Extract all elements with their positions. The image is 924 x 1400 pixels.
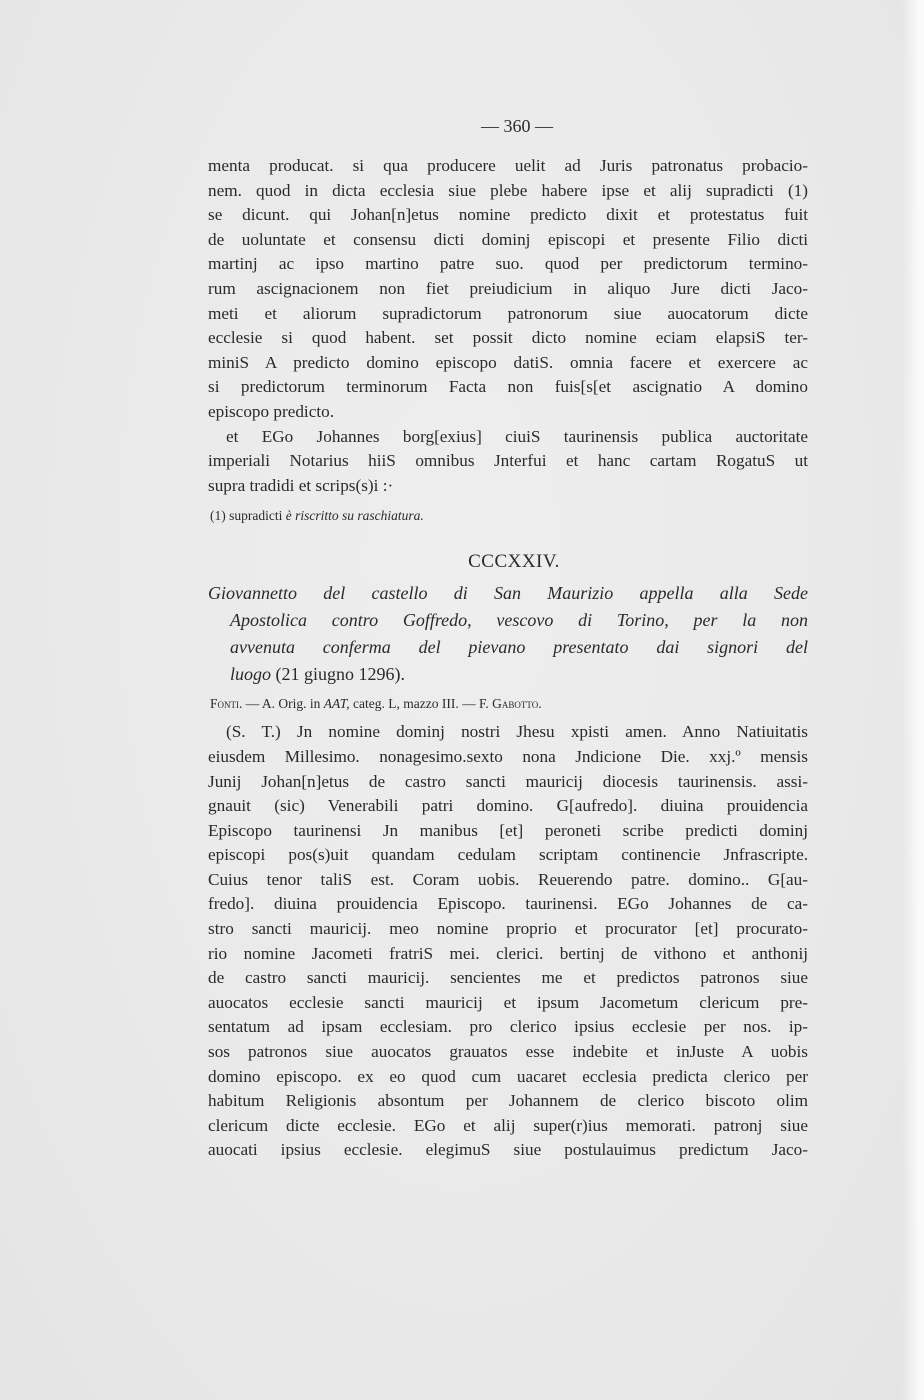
footnote-word: supradicti [229,508,282,523]
sources-dash: — [246,696,260,711]
text-line: de castro sancti mauricij. sencientes me… [208,966,808,991]
footnote: (1) supradicti è riscritto su raschiatur… [208,506,808,526]
text-line: episcopi pos(s)uit quandam cedulam scrip… [208,843,808,868]
text-line: imperiali Notarius hiiS omnibus Jnterfui… [208,449,808,474]
sources-dash: — [462,696,476,711]
continuation-paragraph: menta producat. si qua producere uelit a… [208,154,808,425]
text-line: episcopo predicto. [208,400,808,425]
text-line: supra tradidi et scrips(s)i :· [208,474,808,499]
text-line: auocatos ecclesie sancti mauricij et ips… [208,991,808,1016]
sources-line: Fonti. — A. Orig. in AAT, categ. L, mazz… [208,694,808,714]
text-line: menta producat. si qua producere uelit a… [208,154,808,179]
text-line: meti et aliorum supradictorum patronorum… [208,302,808,327]
summary-line: avvenuta conferma del pievano presentato… [208,634,808,661]
text-line: clericum dicte ecclesie. EGo et alij sup… [208,1114,808,1139]
text-line: fredo]. diuina prouidencia Episcopo. tau… [208,892,808,917]
summary-line: Apostolica contro Goffredo, vescovo di T… [208,607,808,634]
text-line: sentatum ad ipsam ecclesiam. pro clerico… [208,1015,808,1040]
text-line: Cuius tenor taliS est. Coram uobis. Reue… [208,868,808,893]
book-page: — 360 — menta producat. si qua producere… [208,112,808,1163]
summary-line: luogo (21 giugno 1296). [208,661,808,688]
text-line: stro sancti mauricij. meo nomine proprio… [208,917,808,942]
document-summary: Giovannetto del castello di San Maurizio… [208,580,808,688]
text-line: se dicunt. qui Johan[n]etus nomine predi… [208,203,808,228]
text-line: habitum Religionis absontum per Johannem… [208,1089,808,1114]
text-line: et EGo Johannes borg[exius] ciuiS taurin… [208,425,808,450]
sources-editor: F. Gabotto. [479,696,542,711]
summary-line: Giovannetto del castello di San Maurizio… [208,580,808,607]
text-line: nem. quod in dicta ecclesia siue plebe h… [208,179,808,204]
text-line: Junij Johan[n]etus de castro sancti maur… [208,770,808,795]
text-line: martinj ac ipso martino patre suo. quod … [208,252,808,277]
footnote-marker: (1) [210,508,226,523]
text-line: rum ascignacionem non fiet preiudicium i… [208,277,808,302]
notary-subscription: et EGo Johannes borg[exius] ciuiS taurin… [208,425,808,499]
text-line: rio nomine Jacometi fratriS mei. clerici… [208,942,808,967]
page-number: — 360 — [208,112,808,140]
text-line: de uoluntate et consensu dicti dominj ep… [208,228,808,253]
sources-location: categ. L, mazzo III. [353,696,459,711]
text-line: eiusdem Millesimo. nonagesimo.sexto nona… [208,745,808,770]
text-line: auocati ipsius ecclesie. elegimuS siue p… [208,1138,808,1163]
text-line: Episcopo taurinensi Jn manibus [et] pero… [208,819,808,844]
sources-origin: A. Orig. in [262,696,321,711]
document-number: CCCXXIV. [208,548,808,576]
text-line: (S. T.) Jn nomine dominj nostri Jhesu xp… [208,720,808,745]
text-line: gnauit (sic) Venerabili patri domino. G[… [208,794,808,819]
summary-date: (21 giugno 1296). [276,664,406,684]
summary-last-word: luogo [230,664,271,684]
text-line: sos patronos siue auocatos grauatos esse… [208,1040,808,1065]
text-line: domino episcopo. ex eo quod cum uacaret … [208,1065,808,1090]
text-line: miniS A predicto domino episcopo datiS. … [208,351,808,376]
sources-archive: AAT, [324,696,350,711]
text-line: ecclesie si quod habent. set possit dict… [208,326,808,351]
document-body: (S. T.) Jn nomine dominj nostri Jhesu xp… [208,720,808,1163]
text-line: si predictorum terminorum Facta non fuis… [208,375,808,400]
sources-label: Fonti. [210,696,242,711]
footnote-note: è riscritto su raschiatura. [286,508,424,523]
page-edge-shading [902,0,924,1400]
